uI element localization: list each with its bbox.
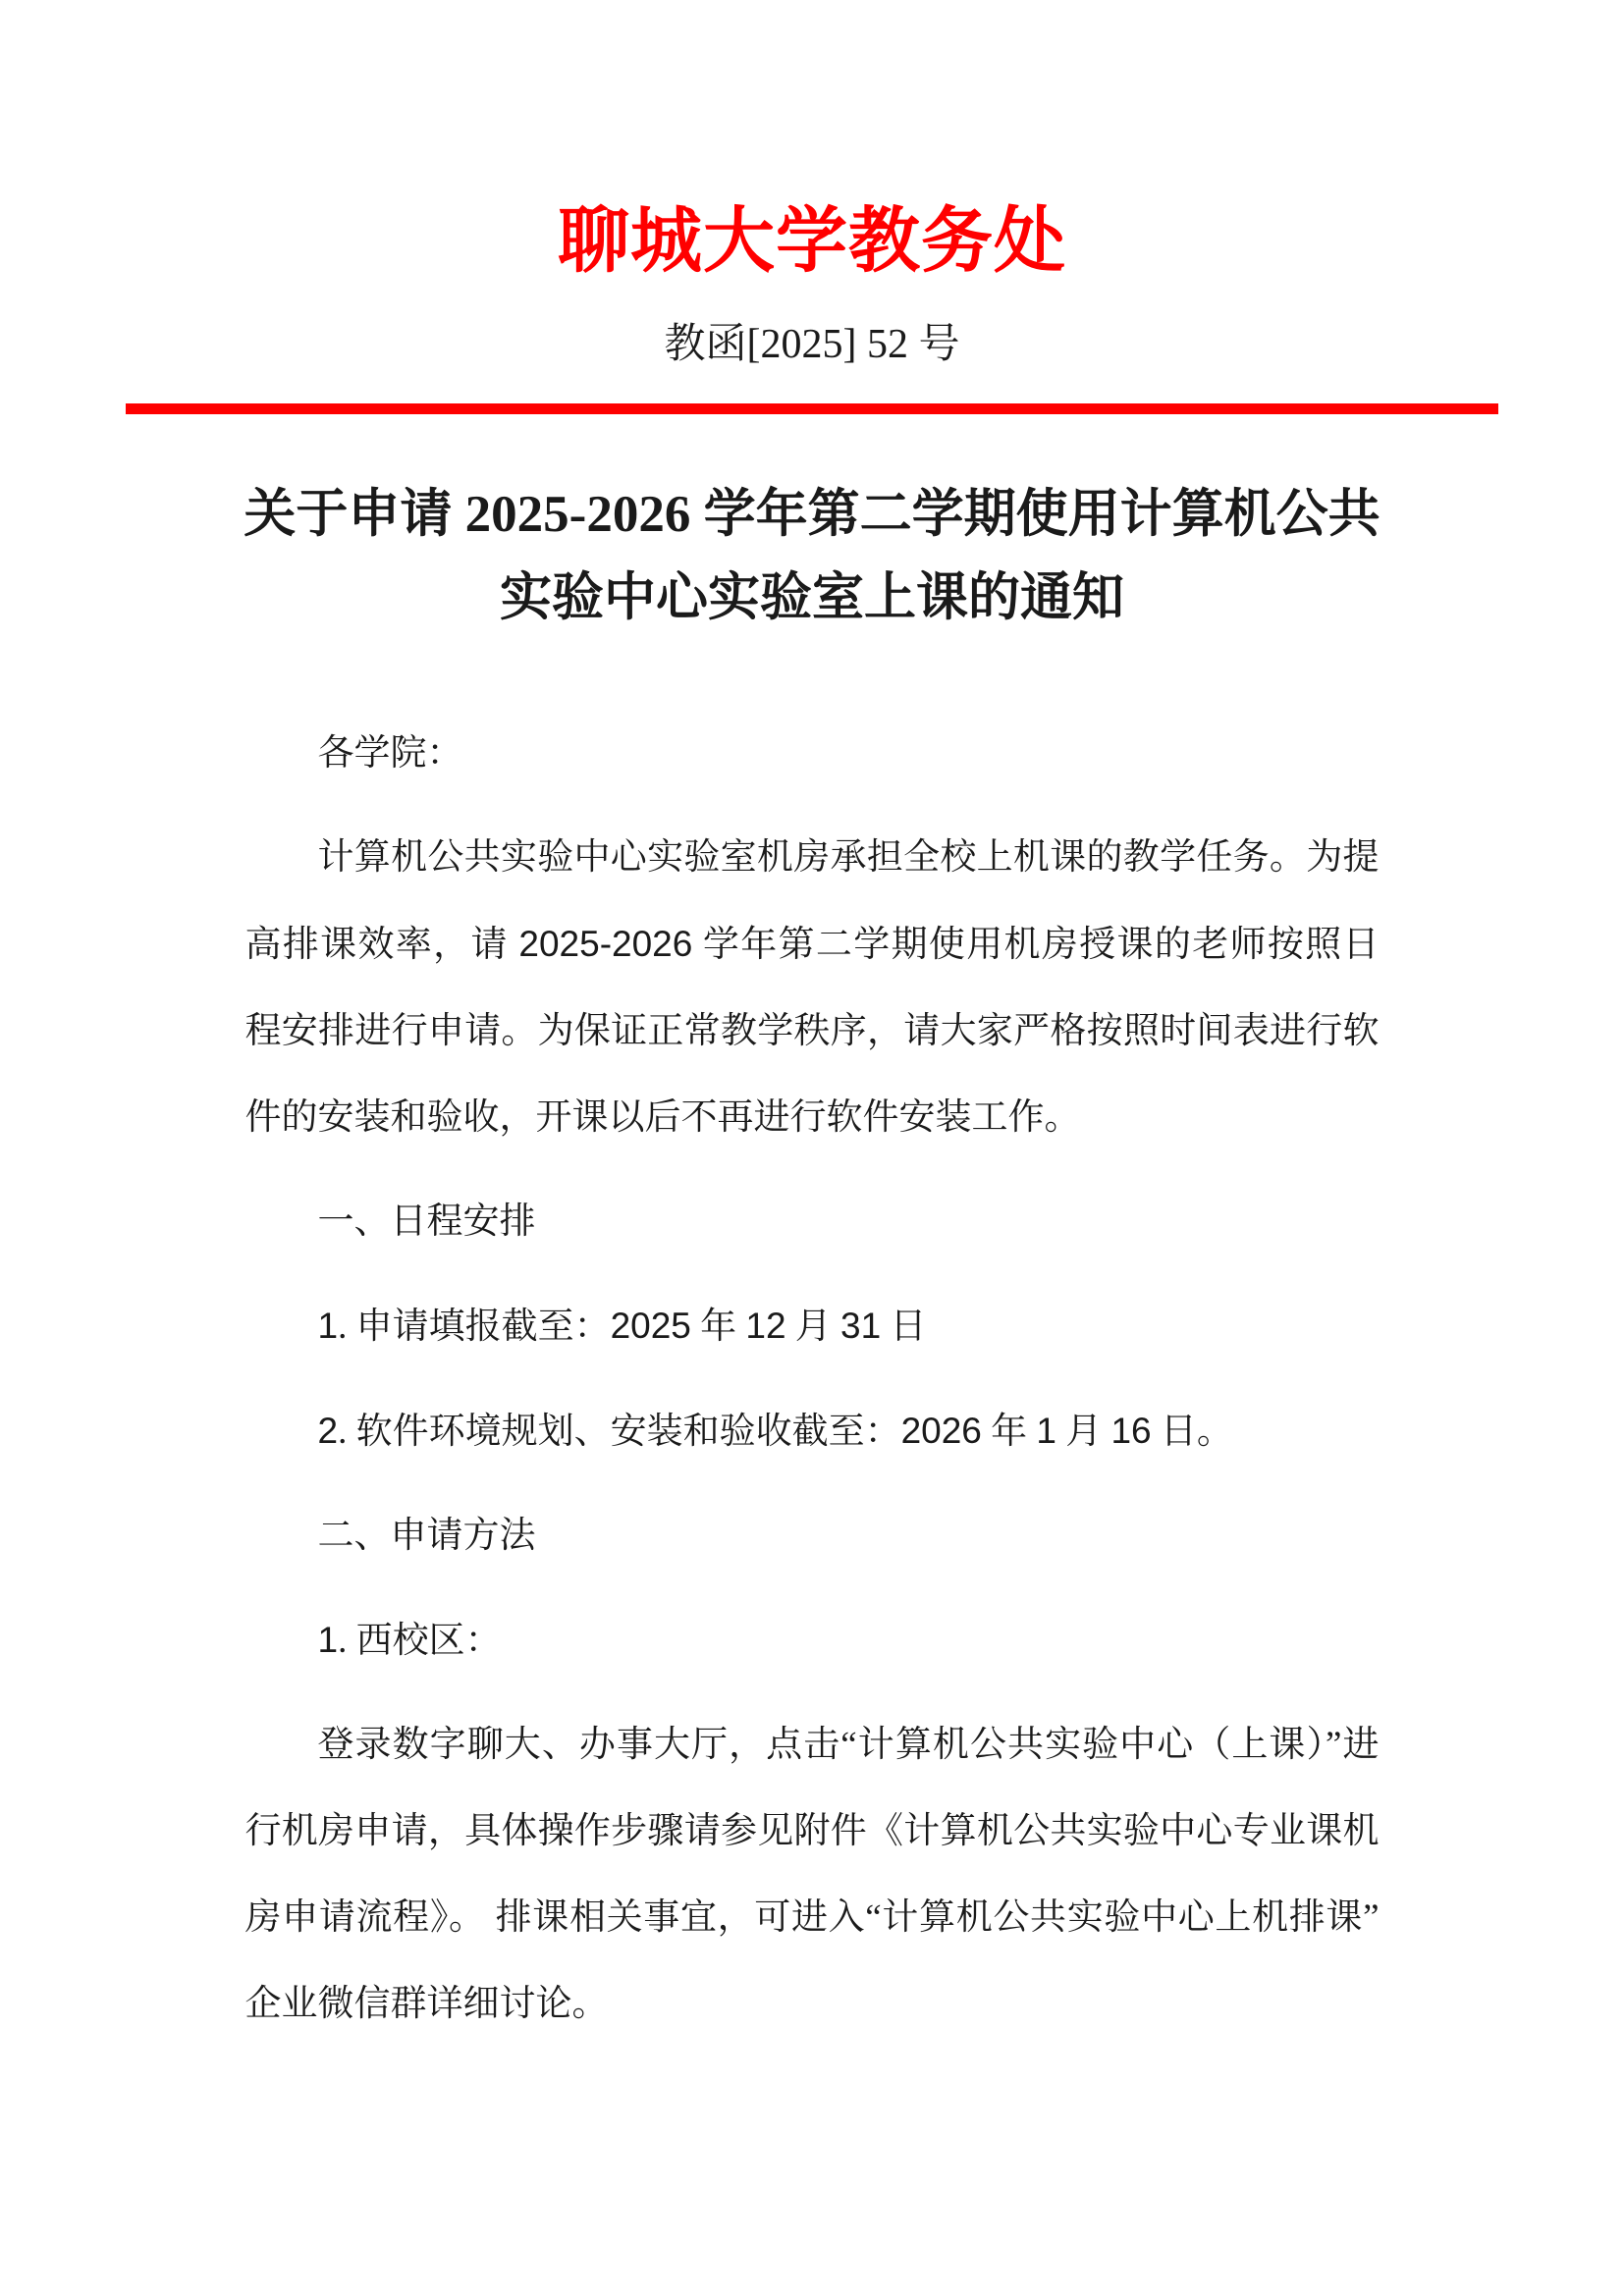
doc-number: 教函[2025] 52 号 (0, 319, 1624, 371)
red-divider-rule (126, 403, 1498, 414)
item-west-campus: 1. 西校区： (245, 1597, 1380, 1684)
paragraph-west-campus-detail: 登录数字聊大、办事大厅，点击“计算机公共实验中心（上课）”进行机房申请，具体操作… (245, 1702, 1380, 2048)
item-application-deadline: 1. 申请填报截至：2025 年 12 月 31 日 (245, 1283, 1380, 1370)
document-page: 聊城大学教务处 教函[2025] 52 号 关于申请 2025-2026 学年第… (0, 0, 1624, 2296)
item-software-deadline: 2. 软件环境规划、安装和验收截至：2026 年 1 月 16 日。 (245, 1388, 1380, 1475)
notice-body: 各学院： 计算机公共实验中心实验室机房承担全校上机课的教学任务。为提高排课效率，… (245, 711, 1380, 2048)
letterhead-org-title: 聊城大学教务处 (0, 0, 1624, 286)
notice-title-line-1: 关于申请 2025-2026 学年第二学期使用计算机公共 (0, 473, 1624, 557)
paragraph-intro: 计算机公共实验中心实验室机房承担全校上机课的教学任务。为提高排课效率，请 202… (245, 815, 1380, 1161)
heading-schedule: 一、日程安排 (245, 1179, 1380, 1265)
heading-apply-method: 二、申请方法 (245, 1493, 1380, 1579)
salutation: 各学院： (245, 711, 1380, 797)
notice-title: 关于申请 2025-2026 学年第二学期使用计算机公共 实验中心实验室上课的通… (0, 473, 1624, 640)
notice-title-line-2: 实验中心实验室上课的通知 (0, 557, 1624, 640)
